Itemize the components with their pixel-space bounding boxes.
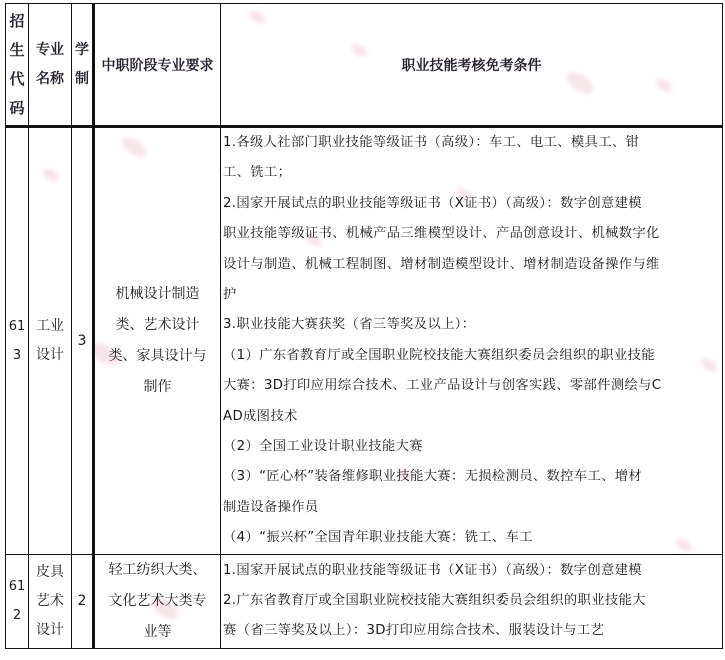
- secondary-requirement-line: 机械设计制造: [116, 279, 200, 310]
- condition-line: 大赛：3D打印应用综合技术、工业产品设计与创客实践、零部件测绘与C: [223, 371, 720, 401]
- header-code: 招 生 代 码: [6, 4, 29, 127]
- exemption-conditions-cell: 1.各级人社部门职业技能等级证书（高级）：车工、电工、模具工、钳 工、铣工； 2…: [221, 127, 723, 555]
- table-row: 61 3 工业 设计 3 机械设计制造 类、艺术设计 类、家具设计与 制作 1.…: [6, 127, 723, 555]
- condition-line: 1.各级人社部门职业技能等级证书（高级）：车工、电工、模具工、钳: [223, 128, 720, 158]
- header-duration-char: 学: [75, 36, 89, 65]
- header-major-name-line: 专业: [36, 36, 64, 65]
- major-name-cell: 工业 设计: [29, 127, 72, 555]
- major-code-part: 3: [13, 341, 21, 370]
- major-name-line: 设计: [36, 616, 64, 645]
- condition-line: 制造设备操作员: [223, 493, 720, 523]
- major-code-cell: 61 2: [6, 554, 29, 648]
- header-code-char: 码: [9, 94, 24, 123]
- secondary-requirement-cell: 机械设计制造 类、艺术设计 类、家具设计与 制作: [94, 127, 221, 555]
- condition-line: （1）广东省教育厅或全国职业院校技能大赛组织委员会组织的职业技能: [223, 341, 720, 371]
- table-row: 61 2 皮具 艺术 设计 2 轻工纺织大类、 文化艺术大类专 业等 1.国家开…: [6, 554, 723, 648]
- major-code-part: 2: [13, 601, 21, 630]
- condition-line: （4）“振兴杯”全国青年职业技能大赛：铣工、车工: [223, 523, 720, 553]
- condition-line: （2）全国工业设计职业技能大赛: [223, 432, 720, 462]
- condition-line: 工、铣工；: [223, 158, 720, 188]
- header-code-char: 代: [9, 65, 24, 94]
- exemption-requirements-table: 招 生 代 码 专业 名称 学 制 中职阶段专业要求 职业技能考核免考条件 61: [5, 3, 723, 649]
- header-duration: 学 制: [72, 4, 94, 127]
- condition-line: 1.国家开展试点的职业技能等级证书（X证书）（高级）：数字创意建模: [223, 556, 720, 586]
- major-code-part: 61: [9, 312, 26, 341]
- condition-line: （3）“匠心杯”装备维修职业技能大赛：无损检测员、数控车工、增材: [223, 462, 720, 492]
- major-code-part: 61: [9, 572, 26, 601]
- secondary-requirement-line: 制作: [144, 372, 172, 403]
- condition-line: AD成图技术: [223, 402, 720, 432]
- condition-line: 护: [223, 280, 720, 310]
- header-major-name-line: 名称: [36, 65, 64, 94]
- major-name-line: 设计: [36, 341, 64, 370]
- header-exemption-conditions: 职业技能考核免考条件: [221, 4, 723, 127]
- condition-line: 3.职业技能大赛获奖（省三等奖及以上）：: [223, 310, 720, 340]
- secondary-requirement-line: 类、艺术设计: [116, 310, 200, 341]
- secondary-requirement-line: 业等: [144, 617, 172, 648]
- condition-line: 2.广东省教育厅或全国职业院校技能大赛组织委员会组织的职业技能大: [223, 586, 720, 616]
- header-code-char: 生: [9, 36, 24, 65]
- major-name-line: 艺术: [36, 587, 64, 616]
- condition-line: 设计与制造、机械工程制图、增材制造模型设计、增材制造设备操作与维: [223, 250, 720, 280]
- header-secondary-requirement: 中职阶段专业要求: [94, 4, 221, 127]
- major-name-line: 工业: [36, 312, 64, 341]
- duration-cell: 2: [72, 554, 94, 648]
- duration-cell: 3: [72, 127, 94, 555]
- secondary-requirement-line: 轻工纺织大类、: [109, 555, 207, 586]
- major-name-cell: 皮具 艺术 设计: [29, 554, 72, 648]
- condition-line: 2.国家开展试点的职业技能等级证书（X证书）（高级）：数字创意建模: [223, 189, 720, 219]
- header-code-char: 招: [9, 7, 24, 36]
- secondary-requirement-line: 文化艺术大类专: [109, 586, 207, 617]
- header-row: 招 生 代 码 专业 名称 学 制 中职阶段专业要求 职业技能考核免考条件: [6, 4, 723, 127]
- major-code-cell: 61 3: [6, 127, 29, 555]
- condition-line: 赛（省三等奖及以上）：3D打印应用综合技术、服装设计与工艺: [223, 616, 720, 646]
- header-duration-char: 制: [75, 65, 89, 94]
- secondary-requirement-line: 类、家具设计与: [109, 341, 207, 372]
- secondary-requirement-cell: 轻工纺织大类、 文化艺术大类专 业等: [94, 554, 221, 648]
- condition-line: 职业技能等级证书、机械产品三维模型设计、产品创意设计、机械数字化: [223, 219, 720, 249]
- exemption-conditions-cell: 1.国家开展试点的职业技能等级证书（X证书）（高级）：数字创意建模 2.广东省教…: [221, 554, 723, 648]
- header-major-name: 专业 名称: [29, 4, 72, 127]
- major-name-line: 皮具: [36, 558, 64, 587]
